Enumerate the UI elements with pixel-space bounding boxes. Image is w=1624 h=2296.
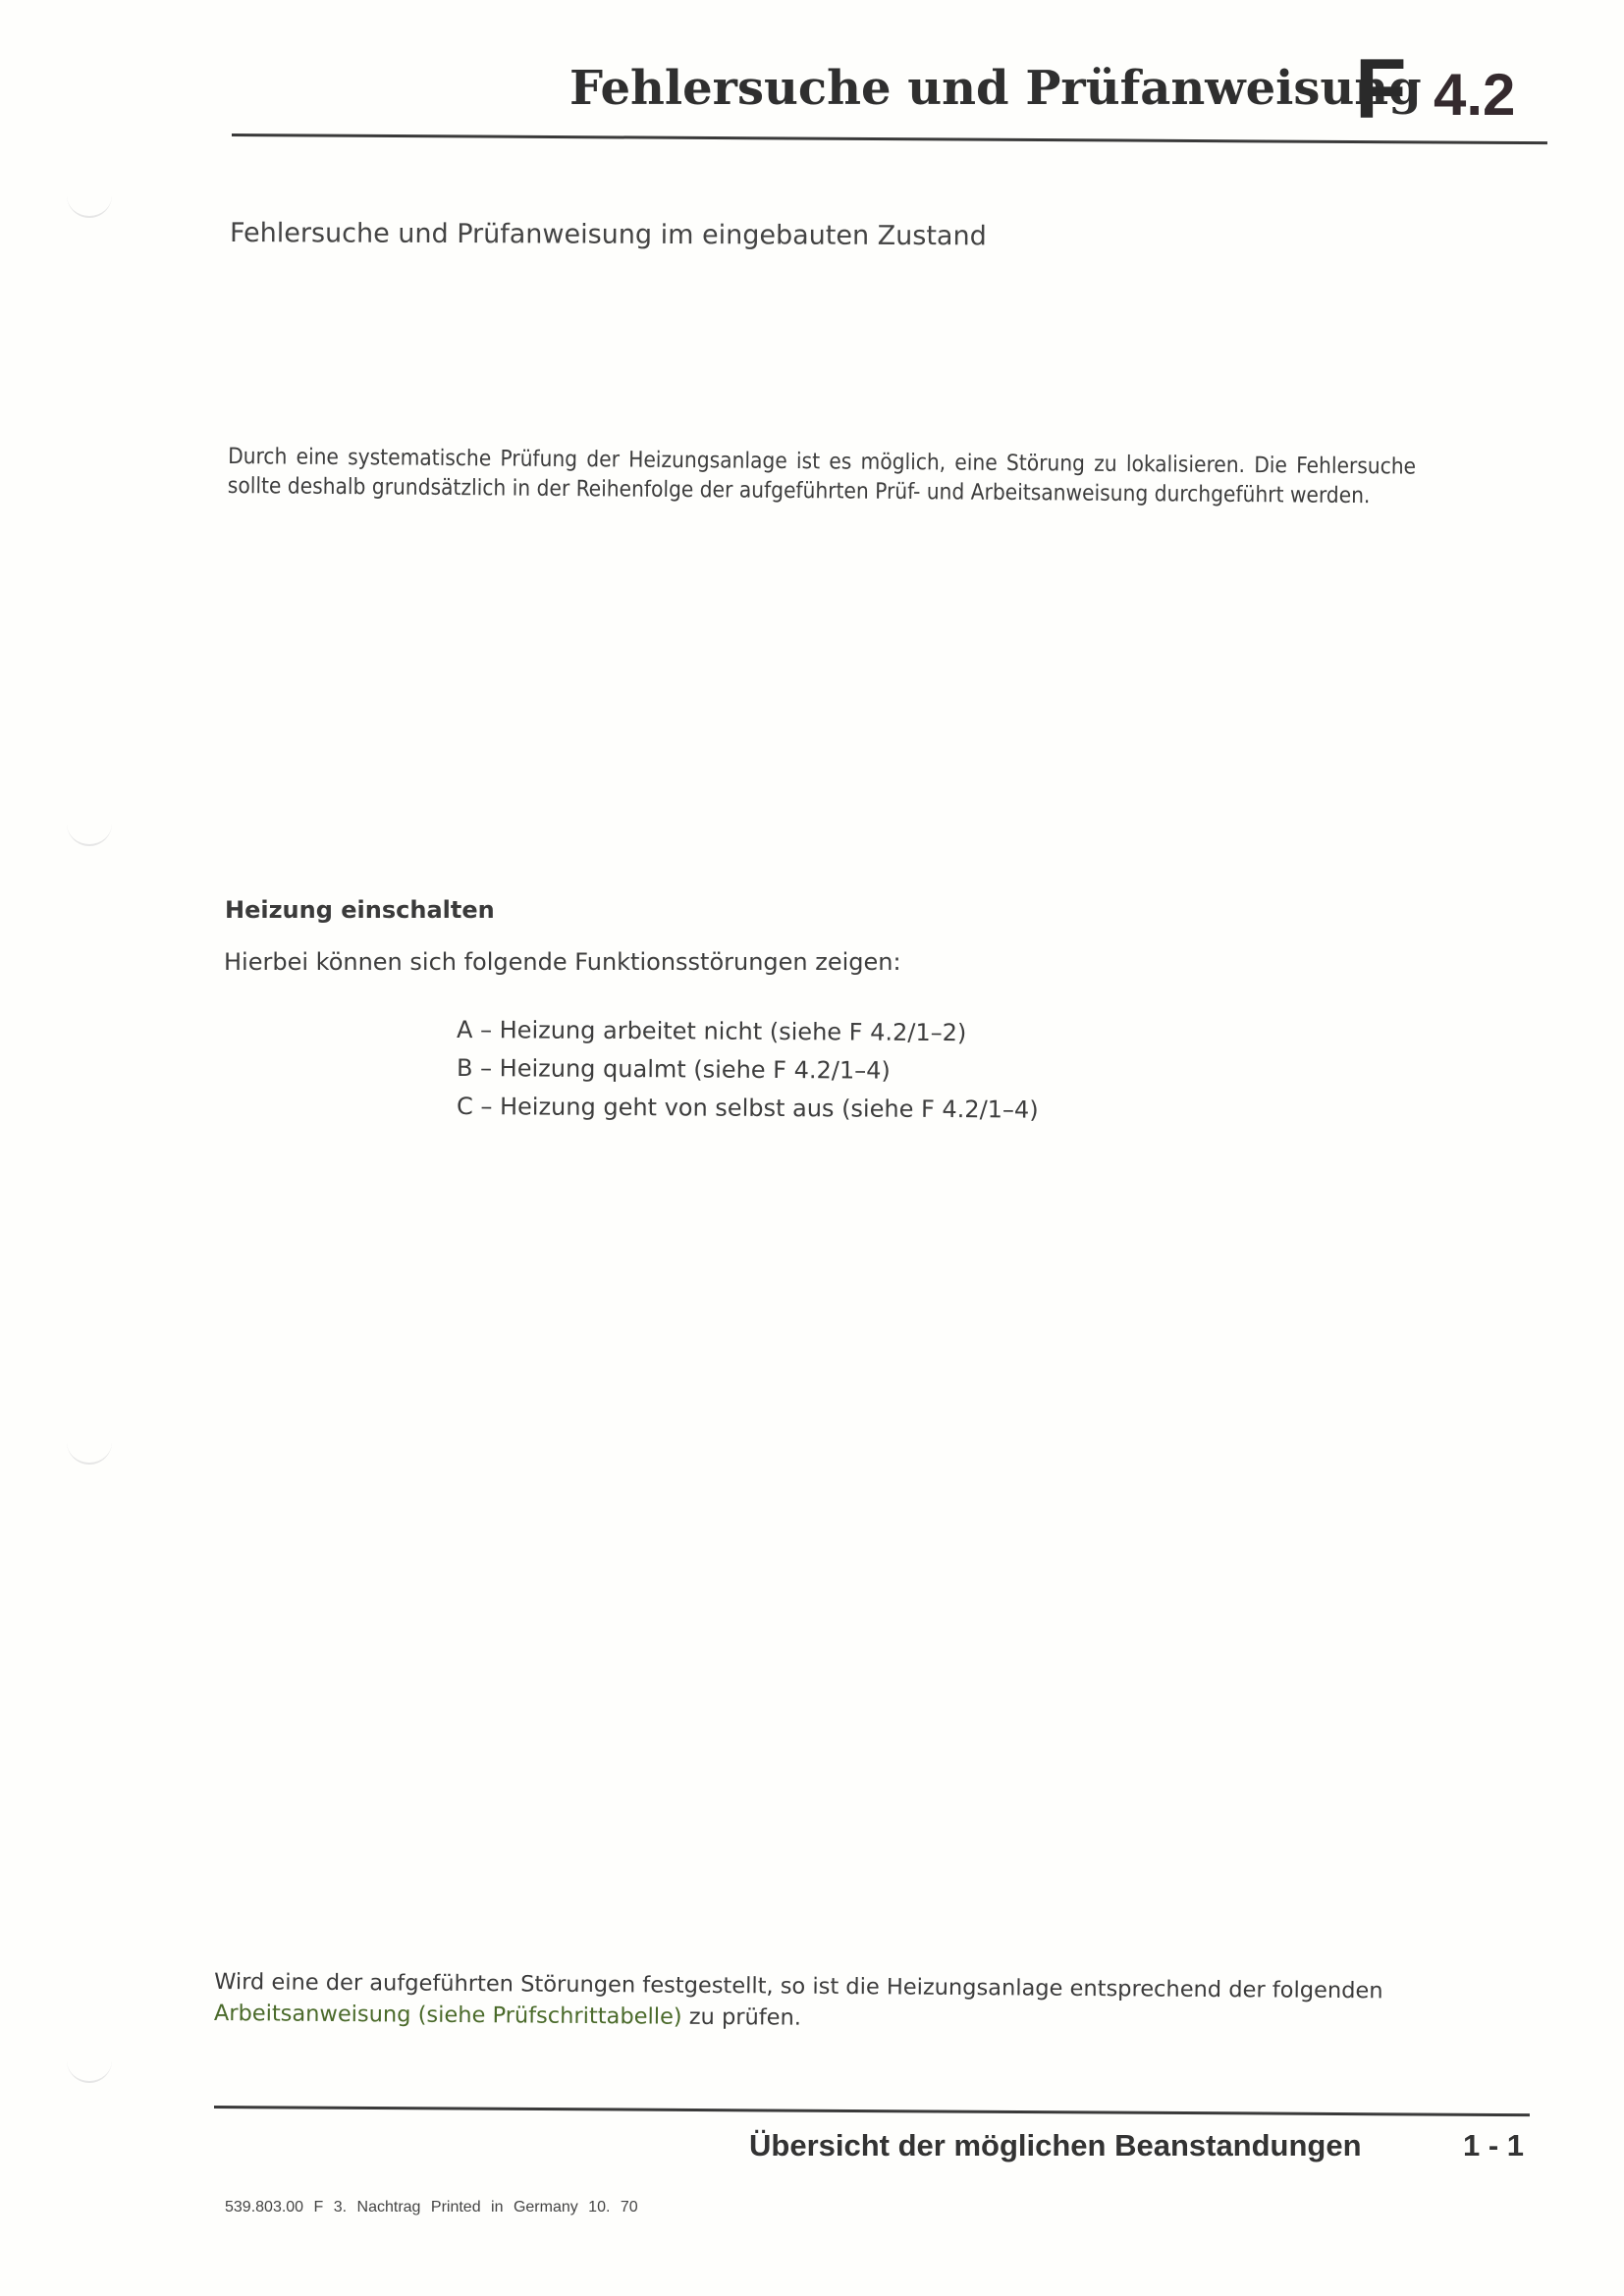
section-heading: Heizung einschalten (225, 896, 495, 924)
punch-hole-4 (67, 2052, 112, 2083)
imprint-line: 539.803.00 F 3. Nachtrag Printed in Germ… (225, 2199, 638, 2216)
test-step-table-reference: Arbeitsanweisung (siehe Prüfschrittabell… (214, 2001, 682, 2030)
section-lead-text: Hierbei können sich folgende Funktionsst… (224, 948, 901, 976)
fault-list: A – Heizung arbeitet nicht (siehe F 4.2/… (457, 1011, 1039, 1126)
punch-hole-2 (67, 815, 112, 846)
page-subtitle: Fehlersuche und Prüfanweisung im eingeba… (230, 218, 987, 251)
header-divider (232, 133, 1547, 144)
section-letter: F (1355, 41, 1407, 138)
closing-line-2-rest: zu prüfen. (682, 2004, 802, 2031)
fault-item-c: C – Heizung geht von selbst aus (siehe F… (457, 1088, 1039, 1130)
page-header-title: Fehlersuche und Prüfanweisung (569, 61, 1422, 116)
footer-title: Übersicht der möglichen Beanstandungen (749, 2128, 1362, 2163)
closing-paragraph: Wird eine der aufgeführten Störungen fes… (214, 1966, 1432, 2039)
section-number: 4.2 (1434, 61, 1515, 129)
punch-hole-3 (67, 1433, 112, 1465)
page-number: 1 - 1 (1463, 2128, 1524, 2163)
intro-paragraph: Durch eine systematische Prüfung der Hei… (228, 442, 1416, 511)
fault-item-a: A – Heizung arbeitet nicht (siehe F 4.2/… (457, 1011, 1039, 1053)
punch-hole-1 (67, 187, 112, 218)
fault-item-b: B – Heizung qualmt (siehe F 4.2/1–4) (457, 1049, 1039, 1092)
footer-divider (214, 2106, 1530, 2116)
